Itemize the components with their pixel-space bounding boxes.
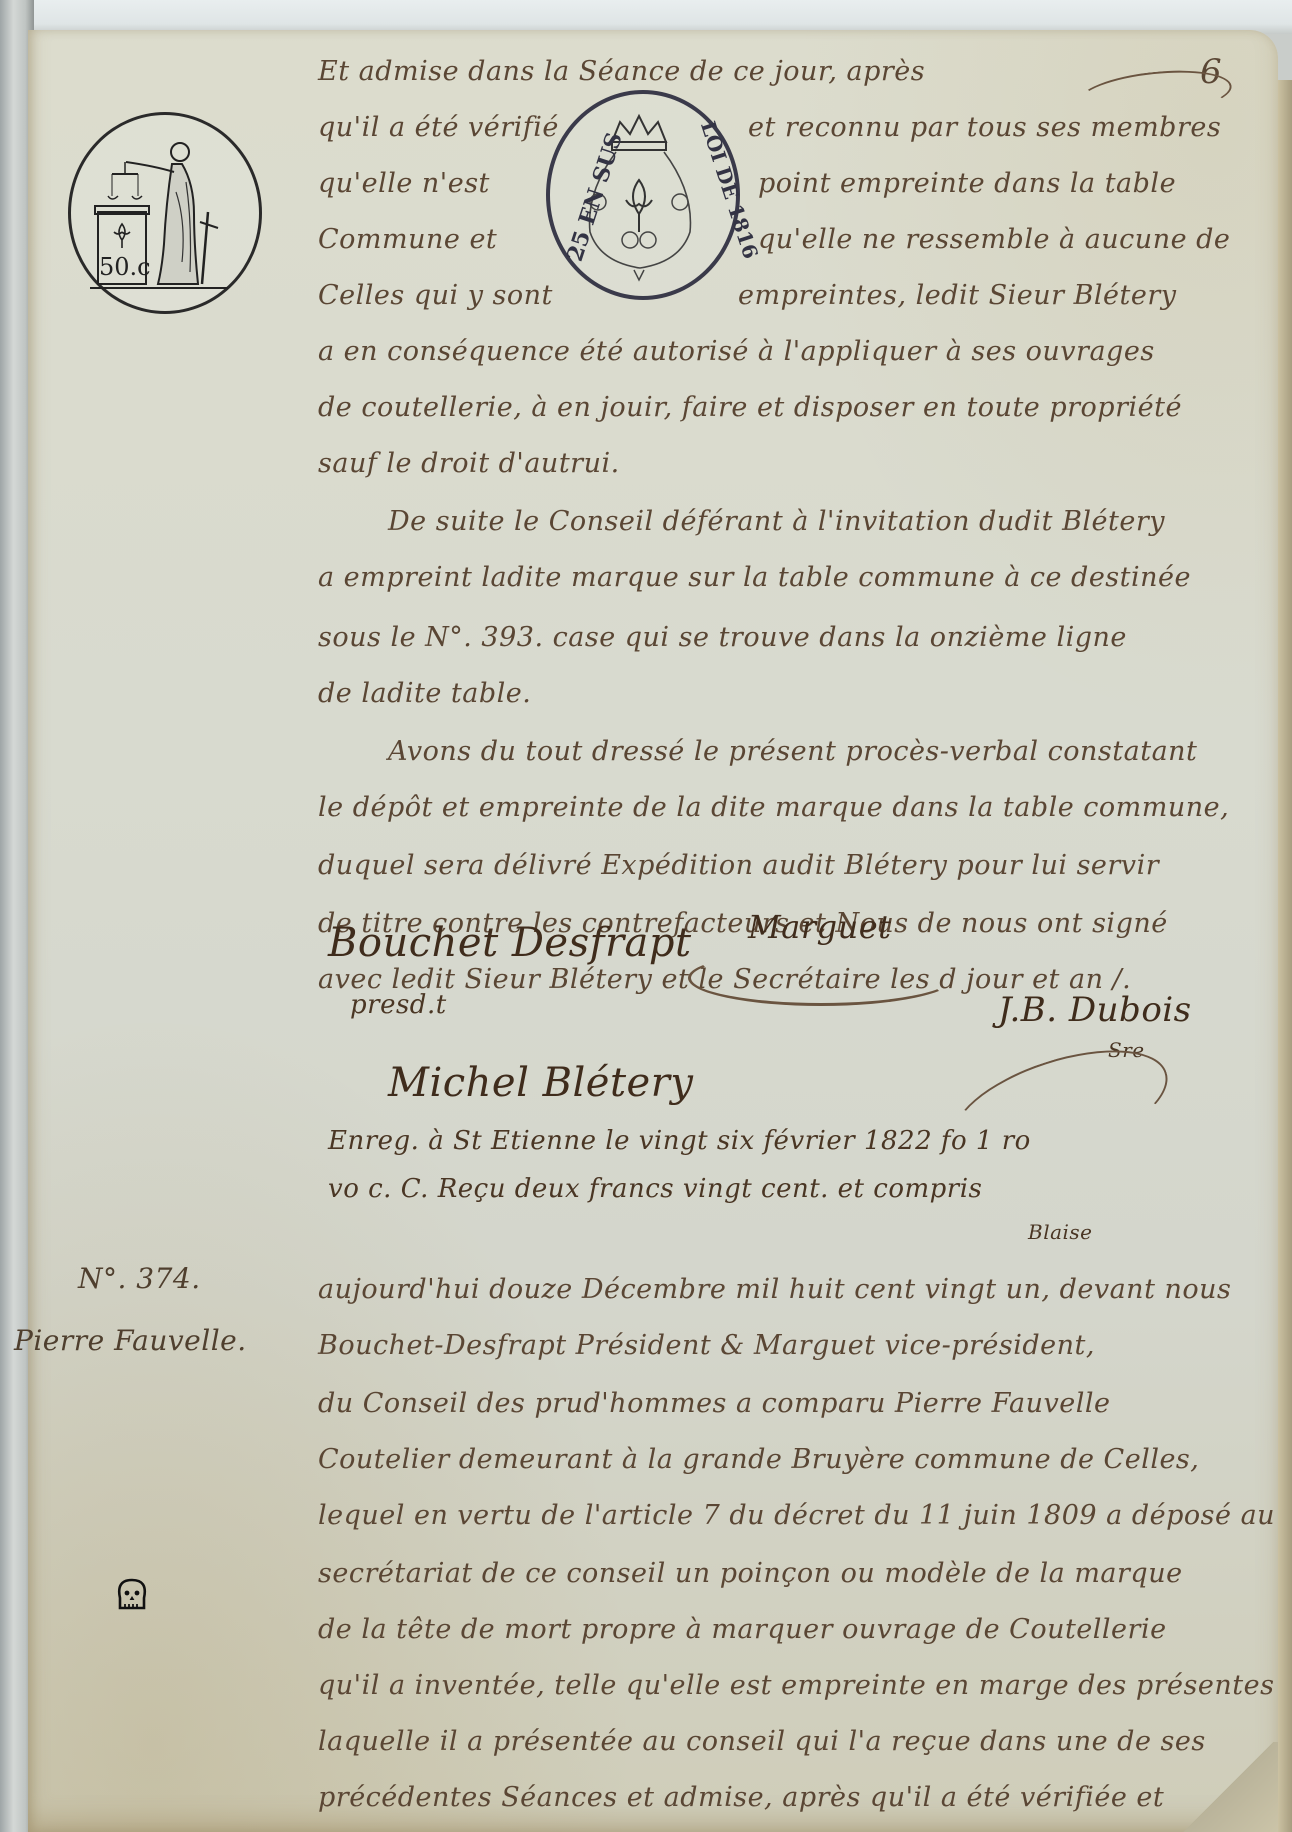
revenue-stamp-value: 50.c xyxy=(99,253,151,281)
tax-stamp-round: 25 EN SUS LOI DE 1816 xyxy=(546,90,740,300)
entry1-line-5b: empreintes, ledit Sieur Blétery xyxy=(738,280,1177,311)
entry1-line-15: duquel sera délivré Expédition audit Blé… xyxy=(318,850,1159,881)
entry2-margin-name: Pierre Fauvelle. xyxy=(14,1324,247,1357)
entry2-line-2: Bouchet-Desfrapt Président & Marguet vic… xyxy=(318,1330,1095,1361)
justice-figure-icon xyxy=(68,112,256,308)
document-page: 50.c 25 EN SUS LOI DE 1816 6 Et admise d… xyxy=(28,30,1278,1832)
entry1-line-7: de coutellerie, à en jouir, faire et dis… xyxy=(318,392,1182,423)
entry1-line-9: De suite le Conseil déférant à l'invitat… xyxy=(388,506,1165,537)
signature-secretary: J.B. Dubois xyxy=(998,990,1192,1030)
registration-line-1: Enreg. à St Etienne le vingt six février… xyxy=(328,1126,1031,1156)
entry1-line-14: le dépôt et empreinte de la dite marque … xyxy=(318,792,1229,823)
entry1-line-2a: qu'il a été vérifié xyxy=(318,112,559,143)
entry2-line-6: secrétariat de ce conseil un poinçon ou … xyxy=(318,1558,1183,1589)
entry1-line-11: sous le N°. 393. case qui se trouve dans… xyxy=(318,622,1127,653)
folded-corner xyxy=(1178,1742,1278,1832)
entry2-line-4: Coutelier demeurant à la grande Bruyère … xyxy=(318,1444,1199,1475)
signature-vice-president: Marguet xyxy=(748,908,892,946)
skull-mark-icon xyxy=(116,1578,148,1612)
signature-president: Bouchet Desfrapt xyxy=(328,920,692,966)
background-top-strip xyxy=(0,0,1292,34)
entry1-line-5a: Celles qui y sont xyxy=(318,280,553,311)
registration-line-2: vo c. C. Reçu deux francs vingt cent. et… xyxy=(328,1174,982,1204)
entry1-line-3b: point empreinte dans la table xyxy=(758,168,1176,199)
entry2-line-10: précédentes Séances et admise, après qu'… xyxy=(318,1782,1164,1813)
entry1-line-4b: qu'elle ne ressemble à aucune de xyxy=(758,224,1230,255)
entry2-line-8: qu'il a inventée, telle qu'elle est empr… xyxy=(318,1670,1274,1701)
entry2-line-3: du Conseil des prud'hommes a comparu Pie… xyxy=(318,1388,1110,1419)
entry1-line-6: a en conséquence été autorisé à l'appliq… xyxy=(318,336,1155,367)
signature-depositor: Michel Blétery xyxy=(388,1060,693,1106)
entry2-margin-number: N°. 374. xyxy=(78,1262,201,1295)
entry1-line-12: de ladite table. xyxy=(318,678,531,709)
entry1-line-2b: et reconnu par tous ses membres xyxy=(748,112,1221,143)
vice-president-flourish xyxy=(688,950,954,1006)
revenue-stamp: 50.c xyxy=(68,112,262,314)
entry2-line-7: de la tête de mort propre à marquer ouvr… xyxy=(318,1614,1167,1645)
entry1-line-4a: Commune et xyxy=(318,224,497,255)
secretary-flourish xyxy=(939,1028,1181,1187)
entry1-line-1: Et admise dans la Séance de ce jour, apr… xyxy=(318,56,925,87)
signature-president-title: presd.t xyxy=(350,990,447,1020)
entry2-line-9: laquelle il a présentée au conseil qui l… xyxy=(318,1726,1206,1757)
crown-fleur-de-lis-icon xyxy=(546,90,732,292)
entry1-line-13: Avons du tout dressé le présent procès-v… xyxy=(388,736,1197,767)
registration-clerk: Blaise xyxy=(1028,1220,1093,1244)
entry1-line-8: sauf le droit d'autrui. xyxy=(318,448,620,479)
entry2-line-5: lequel en vertu de l'article 7 du décret… xyxy=(318,1500,1275,1531)
entry1-line-3a: qu'elle n'est xyxy=(318,168,490,199)
entry2-line-1: aujourd'hui douze Décembre mil huit cent… xyxy=(318,1274,1231,1305)
entry1-line-10: a empreint ladite marque sur la table co… xyxy=(318,562,1191,593)
